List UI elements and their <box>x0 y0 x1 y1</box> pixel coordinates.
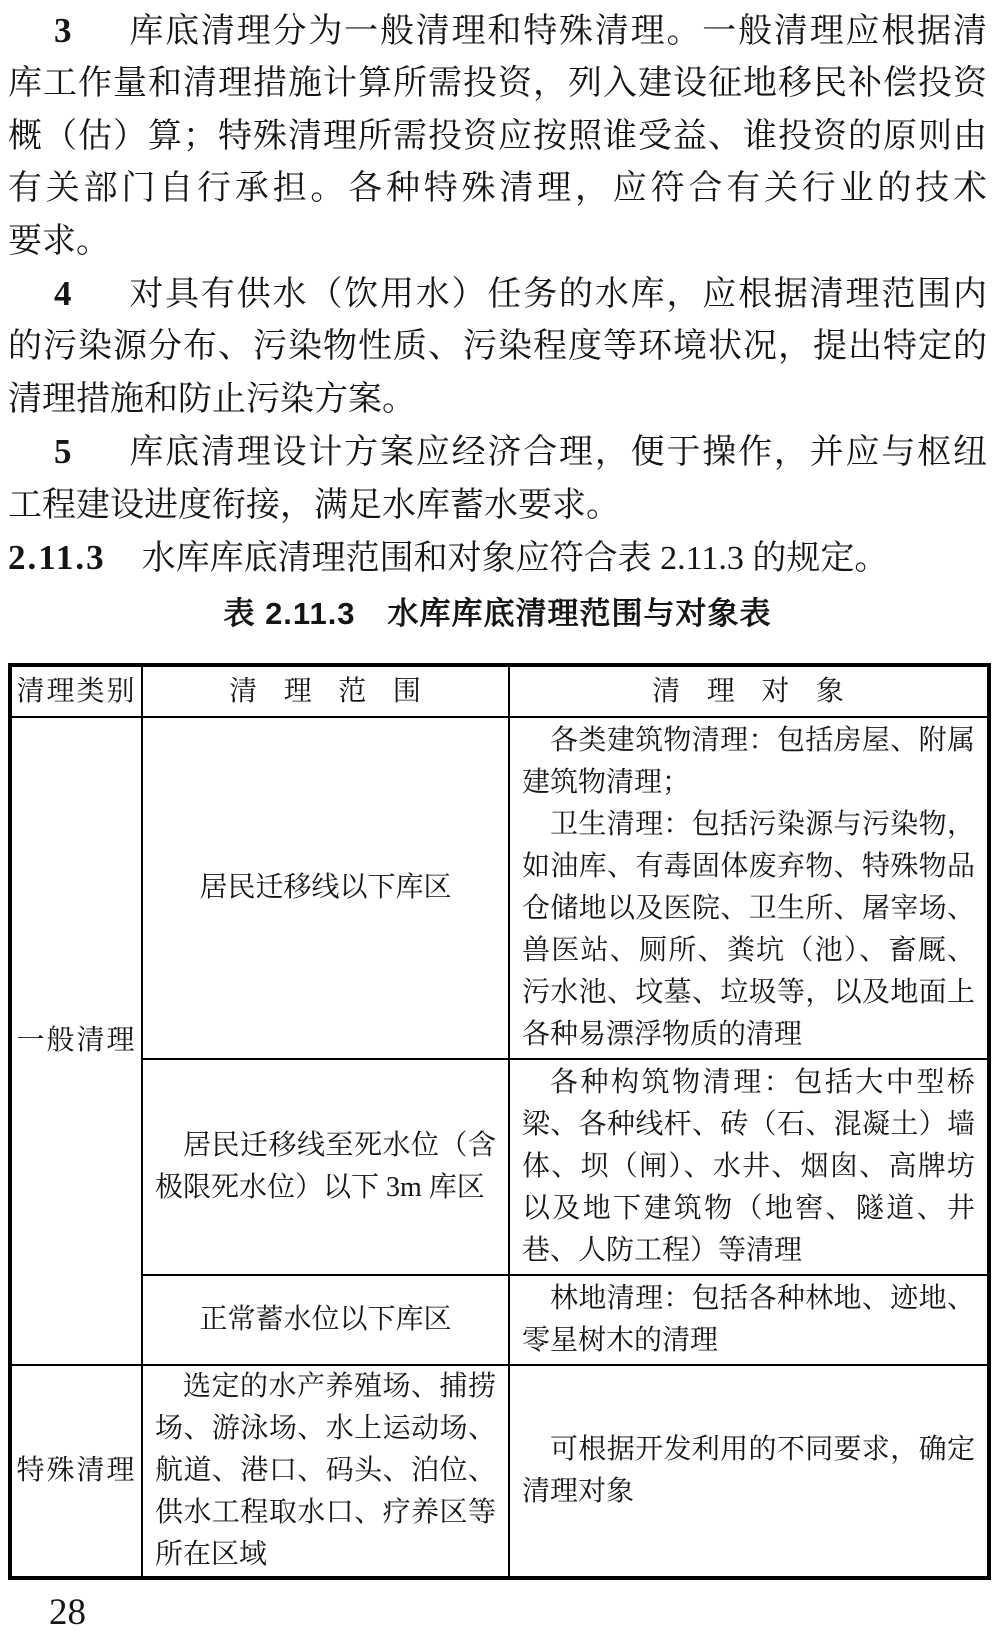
paragraph-line: 5库底清理设计方案应经济合理，便于操作，并应与枢纽 <box>8 426 987 479</box>
paragraph-line: 清理措施和防止污染方案。 <box>8 374 987 426</box>
target-item: 各种构筑物清理：包括大中型桥梁、各种线杆、砖（石、混凝土）墙体、坝（闸）、水井、… <box>522 1062 975 1272</box>
paragraph-text: 库底清理分为一般清理和特殊清理。一般清理应根据清 <box>128 13 988 50</box>
cell-target-3: 林地清理：包括各种林地、迹地、零星树木的清理 <box>509 1275 989 1365</box>
page-number: 28 <box>49 1593 86 1633</box>
target-item: 可根据开发利用的不同要求，确定清理对象 <box>522 1429 975 1513</box>
header-target: 清理对象 <box>509 665 989 717</box>
cell-scope-1: 居民迁移线以下库区 <box>142 717 509 1059</box>
cell-target-2: 各种构筑物清理：包括大中型桥梁、各种线杆、砖（石、混凝土）墙体、坝（闸）、水井、… <box>509 1059 989 1275</box>
paragraph-text: 对具有供水（饮用水）任务的水库，应根据清理范围内 <box>128 276 988 313</box>
table-row: 特殊清理 选定的水产养殖场、捕捞场、游泳场、水上运动场、航道、港口、码头、泊位、… <box>10 1365 989 1578</box>
paragraph-line: 工程建设进度衔接，满足水库蓄水要求。 <box>8 480 987 532</box>
header-scope: 清理范围 <box>142 665 509 717</box>
section-number: 2.11.3 <box>8 538 106 577</box>
header-category: 清理类别 <box>10 665 142 717</box>
cell-category-general: 一般清理 <box>10 717 142 1365</box>
cleanup-scope-table: 清理类别 清理范围 清理对象 一般清理 居民迁移线以下库区 各类建筑物清理：包括… <box>8 663 991 1580</box>
cell-target-4: 可根据开发利用的不同要求，确定清理对象 <box>509 1365 989 1578</box>
paragraph-line: 库工作量和清理措施计算所需投资，列入建设征地移民补偿投资 <box>8 58 987 110</box>
clause-number: 4 <box>54 274 72 313</box>
paragraph-line: 有关部门自行承担。各种特殊清理，应符合有关行业的技术 <box>8 163 987 215</box>
page-content: 3库底清理分为一般清理和特殊清理。一般清理应根据清 库工作量和清理措施计算所需投… <box>8 5 987 1580</box>
paragraph-text: 库底清理设计方案应经济合理，便于操作，并应与枢纽 <box>128 434 988 471</box>
paragraph-3: 3库底清理分为一般清理和特殊清理。一般清理应根据清 库工作量和清理措施计算所需投… <box>8 5 987 268</box>
target-item: 卫生清理：包括污染源与污染物，如油库、有毒固体废弃物、特殊物品仓储地以及医院、卫… <box>522 804 975 1056</box>
paragraph-line: 概（估）算；特殊清理所需投资应按照谁受益、谁投资的原则由 <box>8 111 987 163</box>
target-item: 林地清理：包括各种林地、迹地、零星树木的清理 <box>522 1278 975 1362</box>
cell-scope-3: 正常蓄水位以下库区 <box>142 1275 509 1365</box>
paragraph-line: 3库底清理分为一般清理和特殊清理。一般清理应根据清 <box>8 5 987 58</box>
paragraph-line: 4对具有供水（饮用水）任务的水库，应根据清理范围内 <box>8 268 987 321</box>
table-row: 一般清理 居民迁移线以下库区 各类建筑物清理：包括房屋、附属建筑物清理； 卫生清… <box>10 717 989 1059</box>
cell-target-1: 各类建筑物清理：包括房屋、附属建筑物清理； 卫生清理：包括污染源与污染物，如油库… <box>509 717 989 1059</box>
table-row: 居民迁移线至死水位（含极限死水位）以下 3m 库区 各种构筑物清理：包括大中型桥… <box>10 1059 989 1275</box>
paragraph-line: 的污染源分布、污染物性质、污染程度等环境状况，提出特定的 <box>8 321 987 373</box>
cell-category-special: 特殊清理 <box>10 1365 142 1578</box>
cell-scope-2: 居民迁移线至死水位（含极限死水位）以下 3m 库区 <box>142 1059 509 1275</box>
table-row: 正常蓄水位以下库区 林地清理：包括各种林地、迹地、零星树木的清理 <box>10 1275 989 1365</box>
clause-number: 5 <box>54 432 72 471</box>
document-page: 3库底清理分为一般清理和特殊清理。一般清理应根据清 库工作量和清理措施计算所需投… <box>0 0 995 1637</box>
section-heading: 2.11.3水库库底清理范围和对象应符合表 2.11.3 的规定。 <box>8 532 987 585</box>
section-text: 水库库底清理范围和对象应符合表 2.11.3 的规定。 <box>142 540 889 577</box>
paragraph-line: 要求。 <box>8 216 987 268</box>
cell-scope-4: 选定的水产养殖场、捕捞场、游泳场、水上运动场、航道、港口、码头、泊位、供水工程取… <box>142 1365 509 1578</box>
paragraph-5: 5库底清理设计方案应经济合理，便于操作，并应与枢纽 工程建设进度衔接，满足水库蓄… <box>8 426 987 532</box>
table-header-row: 清理类别 清理范围 清理对象 <box>10 665 989 717</box>
clause-number: 3 <box>54 11 72 50</box>
target-item: 各类建筑物清理：包括房屋、附属建筑物清理； <box>522 720 975 804</box>
paragraph-4: 4对具有供水（饮用水）任务的水库，应根据清理范围内 的污染源分布、污染物性质、污… <box>8 268 987 426</box>
table-title: 表 2.11.3 水库库底清理范围与对象表 <box>8 595 987 633</box>
